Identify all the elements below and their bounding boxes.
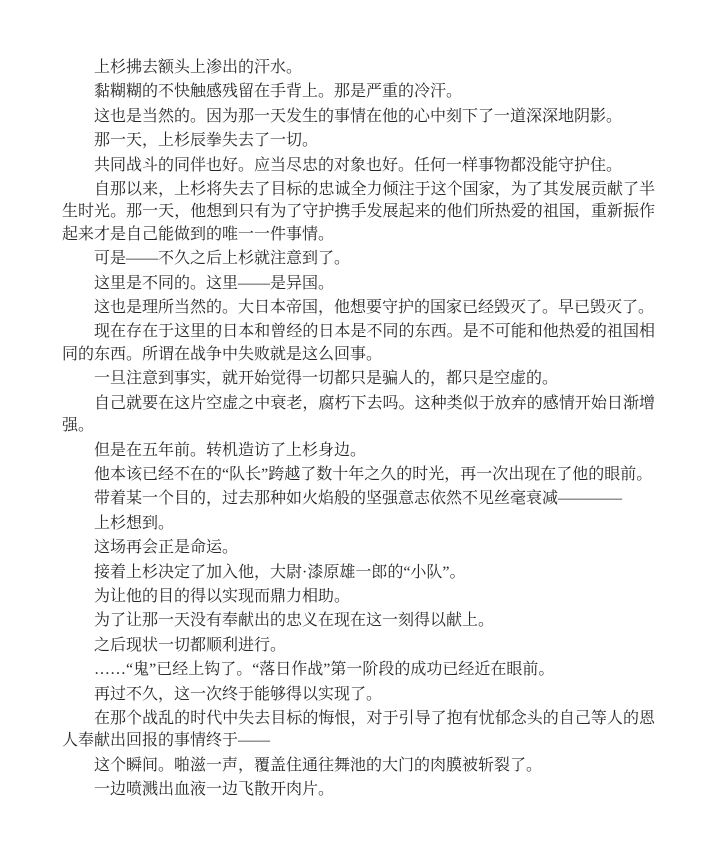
paragraph: 这个瞬间。啪滋一声，覆盖住通往舞池的大门的肉膜被斩裂了。 xyxy=(62,755,655,777)
paragraph: 为让他的目的得以实现而鼎力相助。 xyxy=(62,586,655,608)
paragraph: 再过不久，这一次终于能够得以实现了。 xyxy=(62,684,655,706)
paragraph: 自那以来，上杉将失去了目标的忠诚全力倾注于这个国家，为了其发展贡献了半生时光。那… xyxy=(62,179,655,246)
paragraph: 上杉拂去额头上渗出的汗水。 xyxy=(62,57,655,79)
paragraph: ……“鬼”已经上钩了。“落日作战”第一阶段的成功已经近在眼前。 xyxy=(62,659,655,681)
text-body: 上杉拂去额头上渗出的汗水。黏糊糊的不快触感残留在手背上。那是严重的冷汗。这也是当… xyxy=(62,57,655,802)
paragraph: 现在存在于这里的日本和曾经的日本是不同的东西。是不可能和他热爱的祖国相同的东西。… xyxy=(62,321,655,366)
paragraph: 为了让那一天没有奉献出的忠义在现在这一刻得以献上。 xyxy=(62,610,655,632)
paragraph: 那一天，上杉辰拳失去了一切。 xyxy=(62,130,655,152)
paragraph: 黏糊糊的不快触感残留在手背上。那是严重的冷汗。 xyxy=(62,81,655,103)
document-viewport: { "page": { "background": "#ffffff", "te… xyxy=(0,0,708,850)
paragraph: 这里是不同的。这里——是异国。 xyxy=(62,273,655,295)
document-page: 上杉拂去额头上渗出的汗水。黏糊糊的不快触感残留在手背上。那是严重的冷汗。这也是当… xyxy=(0,0,708,850)
paragraph: 他本该已经不在的“队长”跨越了数十年之久的时光，再一次出现在了他的眼前。 xyxy=(62,464,655,486)
paragraph: 接着上杉决定了加入他，大尉·漆原雄一郎的“小队”。 xyxy=(62,562,655,584)
paragraph: 这也是理所当然的。大日本帝国，他想要守护的国家已经毁灭了。早已毁灭了。 xyxy=(62,297,655,319)
paragraph: 带着某一个目的，过去那种如火焰般的坚强意志依然不见丝毫衰减———— xyxy=(62,488,655,510)
paragraph: 自己就要在这片空虚之中衰老，腐朽下去吗。这种类似于放弃的感情开始日渐增强。 xyxy=(62,393,655,438)
paragraph: 可是——不久之后上杉就注意到了。 xyxy=(62,248,655,270)
paragraph: 之后现状一切都顺利进行。 xyxy=(62,635,655,657)
paragraph: 共同战斗的同伴也好。应当尽忠的对象也好。任何一样事物都没能守护住。 xyxy=(62,155,655,177)
paragraph: 一旦注意到事实，就开始觉得一切都只是骗人的，都只是空虚的。 xyxy=(62,368,655,390)
paragraph: 这场再会正是命运。 xyxy=(62,537,655,559)
paragraph: 但是在五年前。转机造访了上杉身边。 xyxy=(62,440,655,462)
paragraph: 这也是当然的。因为那一天发生的事情在他的心中刻下了一道深深地阴影。 xyxy=(62,106,655,128)
paragraph: 上杉想到。 xyxy=(62,513,655,535)
paragraph: 在那个战乱的时代中失去目标的悔恨，对于引导了抱有忧郁念头的自己等人的恩人奉献出回… xyxy=(62,708,655,753)
paragraph: 一边喷溅出血液一边飞散开肉片。 xyxy=(62,779,655,801)
